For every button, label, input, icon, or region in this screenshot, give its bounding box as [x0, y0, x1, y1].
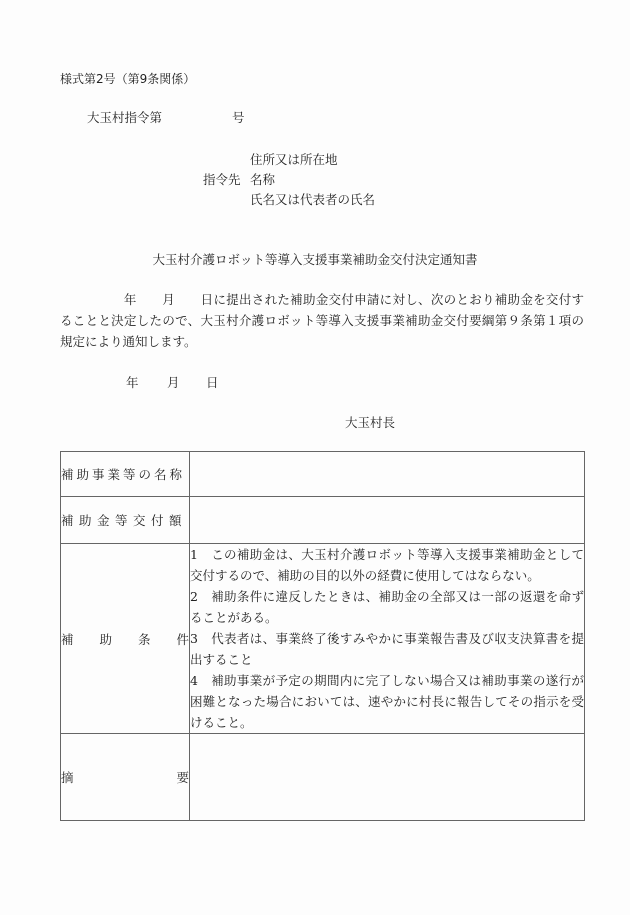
order-number-suffix: 号: [232, 108, 245, 126]
recipient-name: 名称: [250, 170, 275, 188]
label-grant-amount: 補助金等交付額: [61, 497, 190, 544]
notice-body: 年 月 日に提出された補助金交付申請に対し、次のとおり補助金を交付することと決定…: [60, 289, 584, 352]
value-grant-amount[interactable]: [190, 497, 585, 544]
table-row-remarks: 摘 要: [61, 734, 585, 821]
form-number: 様式第2号（第9条関係）: [60, 70, 195, 87]
decision-table: 補助事業等の名称 補助金等交付額 補 助 条 件 1 この補助金は、大玉村介護ロ…: [60, 451, 585, 821]
document-title: 大玉村介護ロボット等導入支援事業補助金交付決定通知書: [0, 250, 630, 268]
issuer: 大玉村長: [345, 413, 395, 431]
condition-item: 1 この補助金は、大玉村介護ロボット等導入支援事業補助金として交付するので、補助…: [190, 544, 584, 586]
label-project-name: 補助事業等の名称: [61, 452, 190, 497]
condition-item: 3 代表者は、事業終了後すみやかに事業報告書及び収支決算書を提出すること: [190, 628, 584, 670]
condition-item: 2 補助条件に違反したときは、補助金の全部又は一部の返還を命ずることがある。: [190, 586, 584, 628]
date-day: 日: [206, 373, 219, 391]
label-conditions: 補 助 条 件: [61, 544, 190, 734]
label-text: 補助金等交付額: [61, 513, 187, 528]
label-text: 摘 要: [61, 768, 189, 786]
recipient-representative: 氏名又は代表者の氏名: [250, 190, 375, 208]
order-number: 大玉村指令第 号: [87, 108, 162, 126]
table-row-project-name: 補助事業等の名称: [61, 452, 585, 497]
value-remarks[interactable]: [190, 734, 585, 821]
value-conditions: 1 この補助金は、大玉村介護ロボット等導入支援事業補助金として交付するので、補助…: [190, 544, 585, 734]
date-year: 年: [126, 373, 139, 391]
label-char: 件: [176, 630, 189, 648]
order-number-prefix: 大玉村指令第: [87, 110, 162, 125]
label-char: 条: [138, 630, 151, 648]
label-remarks: 摘 要: [61, 734, 190, 821]
label-char: 摘: [61, 768, 74, 786]
label-char: 要: [176, 768, 189, 786]
recipient-address: 住所又は所在地: [250, 150, 338, 168]
table-row-grant-amount: 補助金等交付額: [61, 497, 585, 544]
label-char: 助: [99, 630, 112, 648]
date-month: 月: [167, 373, 180, 391]
table-row-conditions: 補 助 条 件 1 この補助金は、大玉村介護ロボット等導入支援事業補助金として交…: [61, 544, 585, 734]
recipient-label: 指令先: [203, 170, 241, 188]
label-char: 補: [61, 630, 74, 648]
label-text: 補 助 条 件: [61, 630, 189, 648]
value-project-name[interactable]: [190, 452, 585, 497]
condition-item: 4 補助事業が予定の期間内に完了しない場合又は補助事業の遂行が困難となった場合に…: [190, 670, 584, 733]
label-text: 補助事業等の名称: [61, 465, 189, 483]
